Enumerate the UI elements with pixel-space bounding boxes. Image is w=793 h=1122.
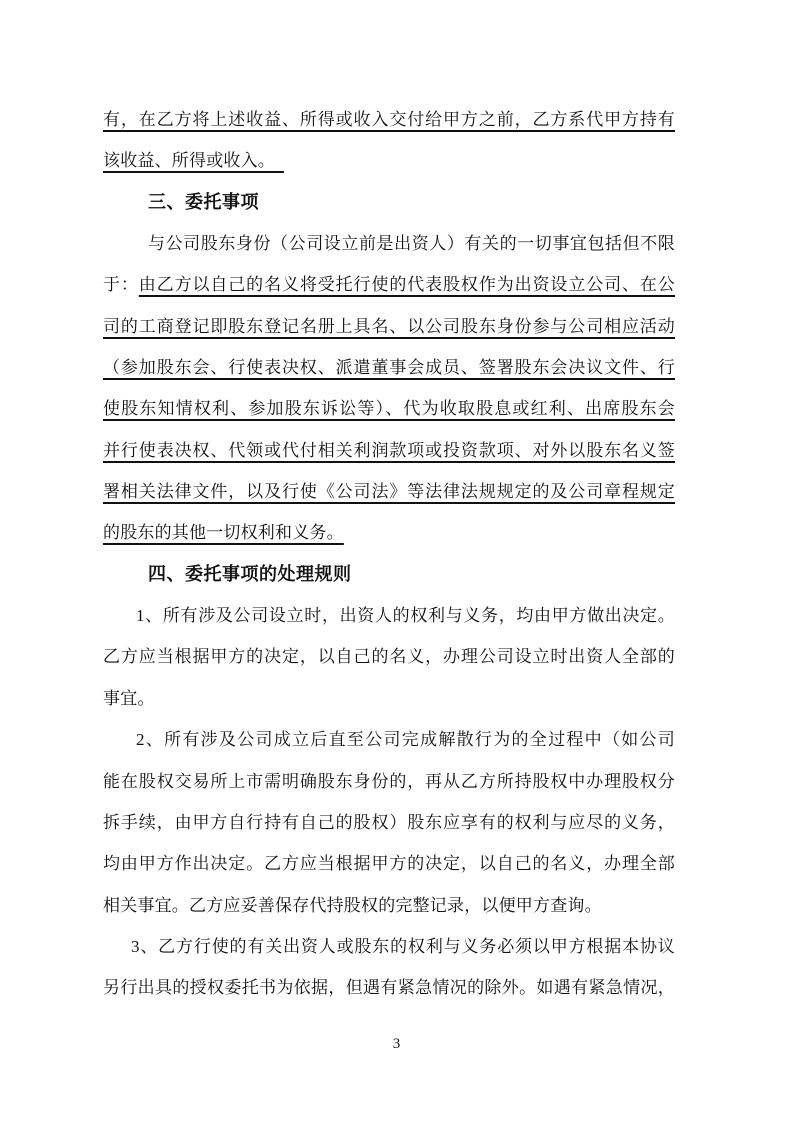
text-line: 司的工商登记即股东登记名册上具名、以公司股东身份参与公司相应活动 [103, 306, 675, 347]
text-line: 另行出具的授权委托书为依据，但遇有紧急情况的除外。如遇有紧急情况， [103, 967, 675, 1008]
text-line: （参加股东会、行使表决权、派遣董事会成员、签署股东会决议文件、行 [103, 347, 675, 388]
text-line: 1、所有涉及公司设立时，出资人的权利与义务，均由甲方做出决定。 [103, 595, 675, 636]
text-line: 乙方应当根据甲方的决定，以自己的名义，办理公司设立时出资人全部的 [103, 636, 675, 677]
text-line: 署相关法律文件，以及行使《公司法》等法律法规规定的及公司章程规定 [103, 471, 675, 512]
section-heading: 四、委托事项的处理规则 [103, 554, 675, 595]
text-line: 该收益、所得或收入。 [103, 140, 675, 181]
text-run: 与公司股东身份（公司设立前是出资人）有关的一切事宜包括但不限 [148, 234, 675, 253]
underlined-text-run: （参加股东会、行使表决权、派遣董事会成员、签署股东会决议文件、行 [103, 358, 675, 377]
underlined-text-run: 并行使表决权、代领或代付相关利润款项或投资款项、对外以股东名义签 [103, 441, 675, 460]
text-run: 乙方应当根据甲方的决定，以自己的名义，办理公司设立时出资人全部的 [103, 647, 675, 666]
text-run: 2、所有涉及公司成立后直至公司完成解散行为的全过程中（如公司 [136, 730, 675, 749]
text-line: 拆手续，由甲方自行持有自己的股权）股东应享有的权利与应尽的义务， [103, 802, 675, 843]
text-run: 均由甲方作出决定。乙方应当根据甲方的决定，以自己的名义，办理全部 [103, 854, 675, 873]
text-line: 3、乙方行使的有关出资人或股东的权利与义务必须以甲方根据本协议 [103, 926, 675, 967]
text-run: 3、乙方行使的有关出资人或股东的权利与义务必须以甲方根据本协议 [131, 937, 675, 956]
text-line: 相关事宜。乙方应妥善保存代持股权的完整记录，以便甲方查询。 [103, 885, 675, 926]
text-run: 拆手续，由甲方自行持有自己的股权）股东应享有的权利与应尽的义务， [103, 813, 675, 832]
text-line: 能在股权交易所上市需明确股东身份的，再从乙方所持股权中办理股权分 [103, 761, 675, 802]
text-run: 相关事宜。乙方应妥善保存代持股权的完整记录，以便甲方查询。 [103, 896, 602, 915]
text-run: 事宜。 [103, 689, 155, 708]
text-line: 事宜。 [103, 678, 675, 719]
underlined-text-run: 署相关法律文件，以及行使《公司法》等法律法规规定的及公司章程规定 [103, 482, 675, 501]
text-line: 2、所有涉及公司成立后直至公司完成解散行为的全过程中（如公司 [103, 719, 675, 760]
text-run: 于： [103, 275, 139, 294]
text-line: 有，在乙方将上述收益、所得或收入交付给甲方之前，乙方系代甲方持有 [103, 99, 675, 140]
underlined-text-run: 该收益、所得或收入。 [103, 151, 284, 170]
text-line: 与公司股东身份（公司设立前是出资人）有关的一切事宜包括但不限 [103, 223, 675, 264]
underlined-text-run: 由乙方以自己的名义将受托行使的代表股权作为出资设立公司、在公 [139, 275, 675, 294]
underlined-text-run: 司的工商登记即股东登记名册上具名、以公司股东身份参与公司相应活动 [103, 317, 675, 336]
page-number: 3 [0, 1034, 793, 1054]
text-line: 并行使表决权、代领或代付相关利润款项或投资款项、对外以股东名义签 [103, 430, 675, 471]
section-heading: 三、委托事项 [103, 182, 675, 223]
text-run: 三、委托事项 [148, 192, 259, 212]
text-line: 均由甲方作出决定。乙方应当根据甲方的决定，以自己的名义，办理全部 [103, 843, 675, 884]
text-run: 四、委托事项的处理规则 [148, 564, 352, 584]
underlined-text-run: 的股东的其他一切权利和义务。 [103, 523, 344, 542]
page-content: 有，在乙方将上述收益、所得或收入交付给甲方之前，乙方系代甲方持有该收益、所得或收… [103, 99, 675, 1009]
text-line: 的股东的其他一切权利和义务。 [103, 512, 675, 553]
underlined-text-run: 有，在乙方将上述收益、所得或收入交付给甲方之前，乙方系代甲方持有 [103, 110, 675, 129]
underlined-text-run: 使股东知情权利、参加股东诉讼等）、代为收取股息或红利、出席股东会 [103, 399, 675, 418]
text-line: 于：由乙方以自己的名义将受托行使的代表股权作为出资设立公司、在公 [103, 264, 675, 305]
text-run: 1、所有涉及公司设立时，出资人的权利与义务，均由甲方做出决定。 [136, 606, 675, 625]
text-run: 另行出具的授权委托书为依据，但遇有紧急情况的除外。如遇有紧急情况， [103, 978, 675, 997]
text-line: 使股东知情权利、参加股东诉讼等）、代为收取股息或红利、出席股东会 [103, 388, 675, 429]
text-run: 能在股权交易所上市需明确股东身份的，再从乙方所持股权中办理股权分 [103, 772, 675, 791]
